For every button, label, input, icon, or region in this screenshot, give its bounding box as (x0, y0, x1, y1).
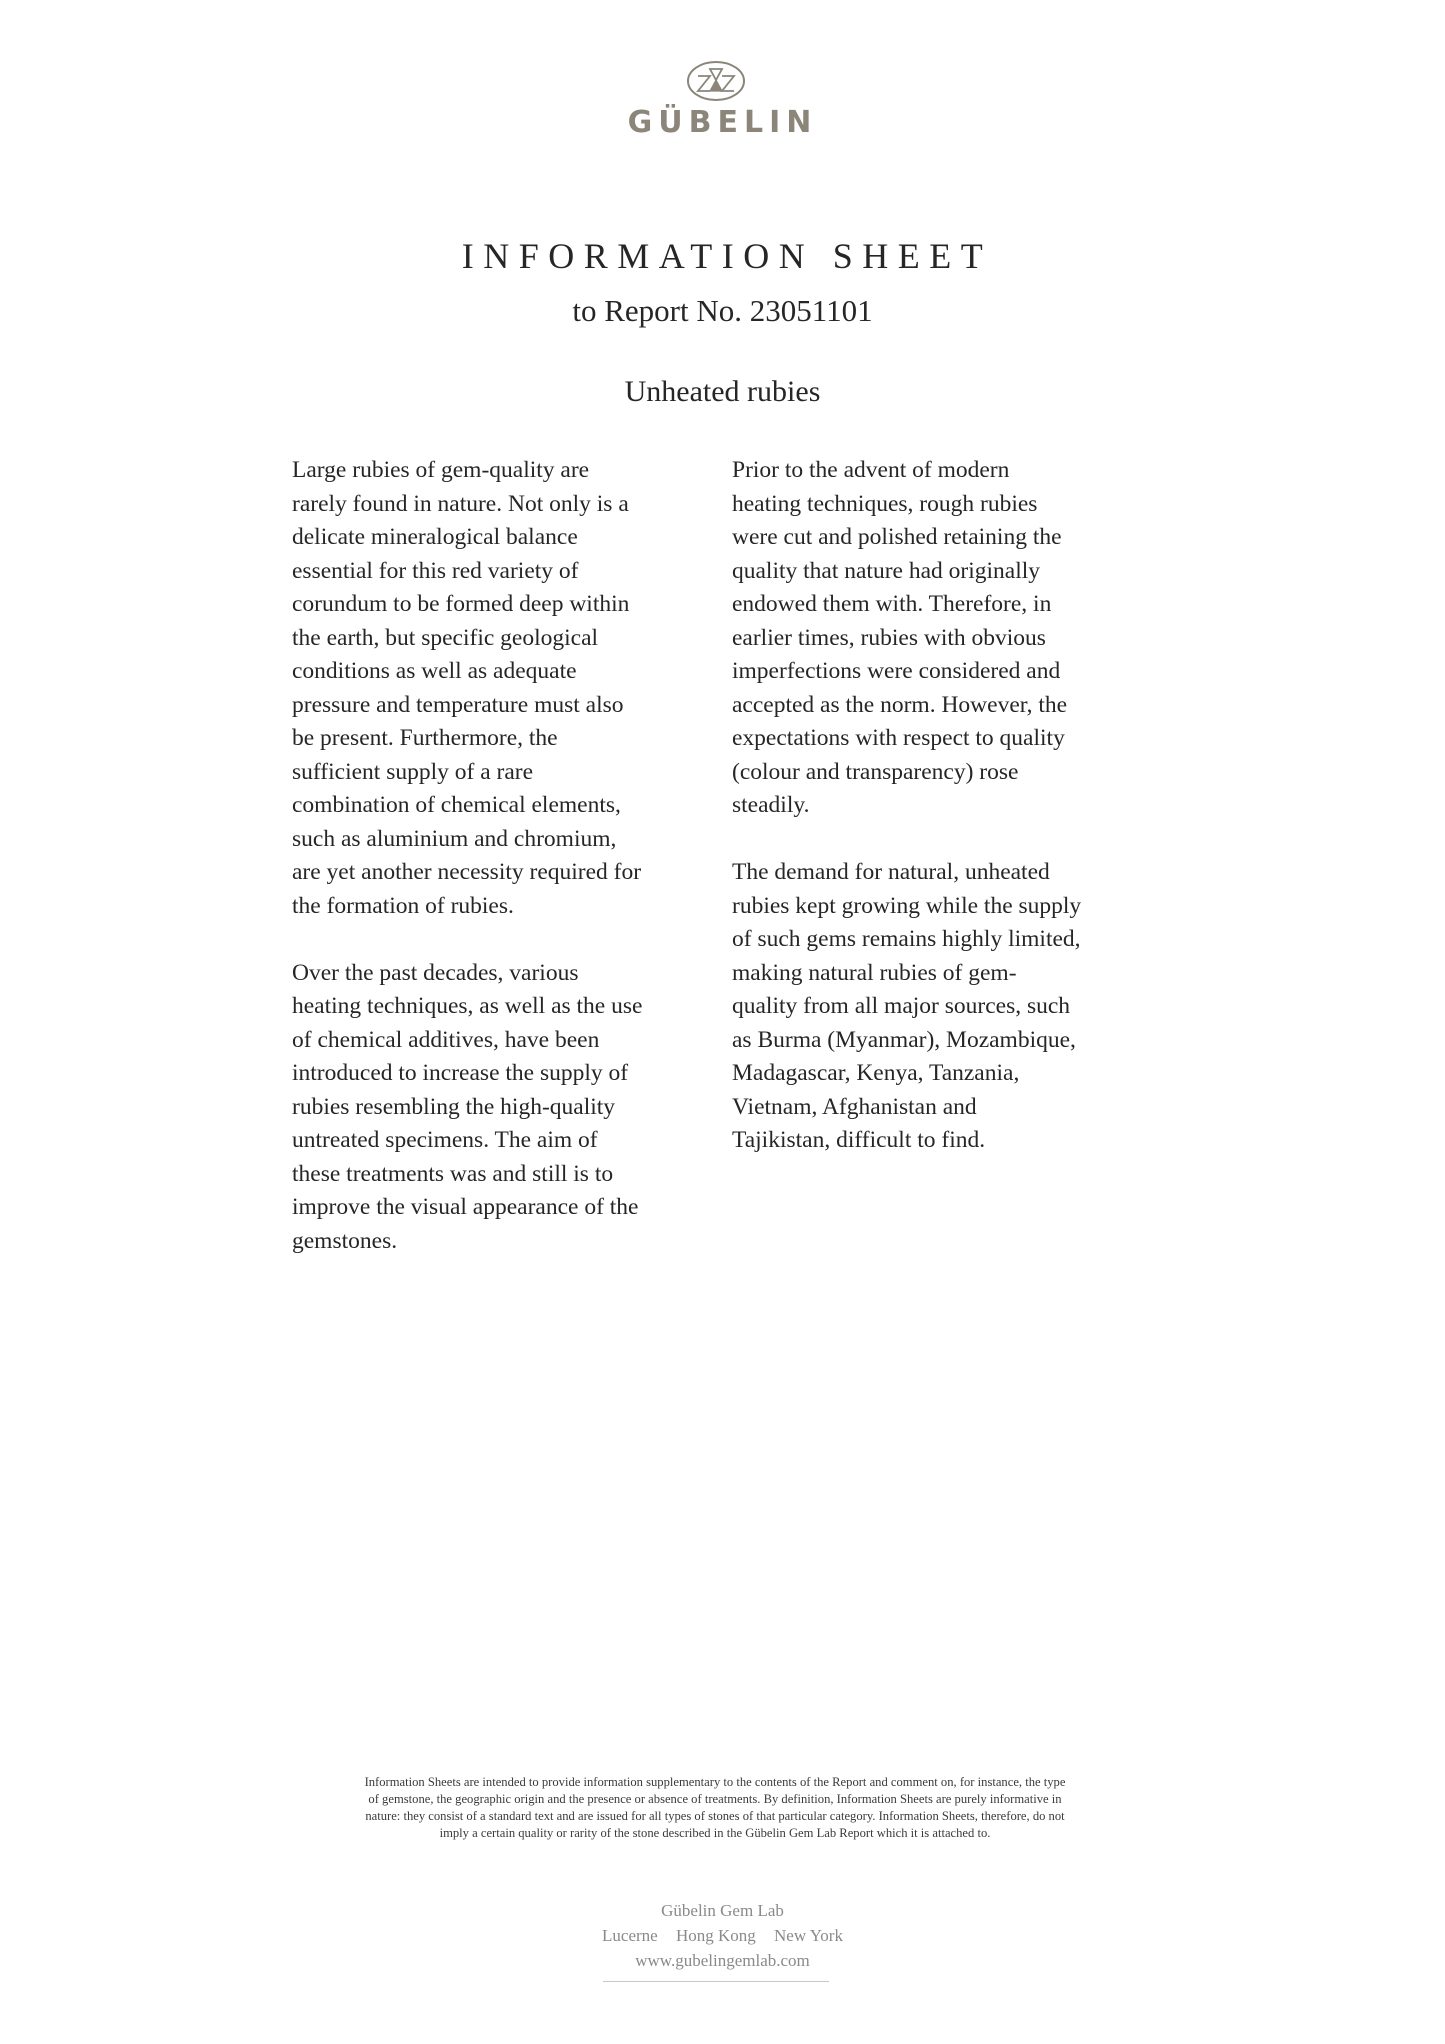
disclaimer-line: imply a certain quality or rarity of the… (290, 1825, 1140, 1842)
text-line: of chemical additives, have been (292, 1024, 712, 1058)
disclaimer-line: of gemstone, the geographic origin and t… (290, 1791, 1140, 1808)
city-lucerne: Lucerne (602, 1926, 658, 1945)
text-line: endowed them with. Therefore, in (732, 588, 1152, 622)
text-line: pressure and temperature must also (292, 689, 712, 723)
paragraph-treatments: Over the past decades, various heating t… (292, 957, 712, 1259)
text-line: Prior to the advent of modern (732, 454, 1152, 488)
text-line: gemstones. (292, 1225, 712, 1259)
text-line: introduced to increase the supply of (292, 1057, 712, 1091)
city-new-york: New York (774, 1926, 843, 1945)
paragraph-demand: The demand for natural, unheated rubies … (732, 856, 1152, 1158)
gubelin-emblem-icon (686, 60, 746, 102)
text-line: such as aluminium and chromium, (292, 823, 712, 857)
text-line: Vietnam, Afghanistan and (732, 1091, 1152, 1125)
website-link[interactable]: www.gubelingemlab.com (0, 1948, 1445, 1973)
text-line: the earth, but specific geological (292, 622, 712, 656)
text-line: conditions as well as adequate (292, 655, 712, 689)
text-line: of such gems remains highly limited, (732, 923, 1152, 957)
city-hong-kong: Hong Kong (676, 1926, 756, 1945)
text-line: quality that nature had originally (732, 555, 1152, 589)
text-line: heating techniques, rough rubies (732, 488, 1152, 522)
text-line: essential for this red variety of (292, 555, 712, 589)
text-line: delicate mineralogical balance (292, 521, 712, 555)
text-line: sufficient supply of a rare (292, 756, 712, 790)
lab-name: Gübelin Gem Lab (0, 1898, 1445, 1923)
text-line: are yet another necessity required for (292, 856, 712, 890)
text-line: rubies resembling the high-quality (292, 1091, 712, 1125)
text-line: be present. Furthermore, the (292, 722, 712, 756)
text-line: Madagascar, Kenya, Tanzania, (732, 1057, 1152, 1091)
disclaimer-note: Information Sheets are intended to provi… (290, 1774, 1140, 1842)
text-line: expectations with respect to quality (732, 722, 1152, 756)
disclaimer-line: nature: they consist of a standard text … (290, 1808, 1140, 1825)
text-line: imperfections were considered and (732, 655, 1152, 689)
text-line: the formation of rubies. (292, 890, 712, 924)
text-line: making natural rubies of gem- (732, 957, 1152, 991)
text-line: Tajikistan, difficult to find. (732, 1124, 1152, 1158)
text-line: steadily. (732, 789, 1152, 823)
text-line: The demand for natural, unheated (732, 856, 1152, 890)
text-line: improve the visual appearance of the (292, 1191, 712, 1225)
text-line: were cut and polished retaining the (732, 521, 1152, 555)
lab-locations: Lucerne Hong Kong New York (0, 1923, 1445, 1948)
text-line: rarely found in nature. Not only is a (292, 488, 712, 522)
text-line: corundum to be formed deep within (292, 588, 712, 622)
paragraph-history: Prior to the advent of modern heating te… (732, 454, 1152, 823)
text-line: rubies kept growing while the supply (732, 890, 1152, 924)
footer-divider (603, 1981, 829, 1982)
text-line: heating techniques, as well as the use (292, 990, 712, 1024)
text-line: (colour and transparency) rose (732, 756, 1152, 790)
text-line: as Burma (Myanmar), Mozambique, (732, 1024, 1152, 1058)
body-column-right: Prior to the advent of modern heating te… (732, 454, 1152, 1191)
text-line: these treatments was and still is to (292, 1158, 712, 1192)
text-line: earlier times, rubies with obvious (732, 622, 1152, 656)
text-line: quality from all major sources, such (732, 990, 1152, 1024)
lab-footer: Gübelin Gem Lab Lucerne Hong Kong New Yo… (0, 1898, 1445, 1973)
text-line: Over the past decades, various (292, 957, 712, 991)
report-reference: to Report No. 23051101 (0, 291, 1445, 331)
paragraph-rarity: Large rubies of gem-quality are rarely f… (292, 454, 712, 923)
brand-logo-text: GÜBELIN (560, 106, 885, 140)
text-line: combination of chemical elements, (292, 789, 712, 823)
topic-heading: Unheated rubies (0, 372, 1445, 412)
disclaimer-line: Information Sheets are intended to provi… (290, 1774, 1140, 1791)
body-column-left: Large rubies of gem-quality are rarely f… (292, 454, 712, 1292)
text-line: accepted as the norm. However, the (732, 689, 1152, 723)
text-line: Large rubies of gem-quality are (292, 454, 712, 488)
document-title: INFORMATION SHEET (0, 234, 1445, 278)
text-line: untreated specimens. The aim of (292, 1124, 712, 1158)
